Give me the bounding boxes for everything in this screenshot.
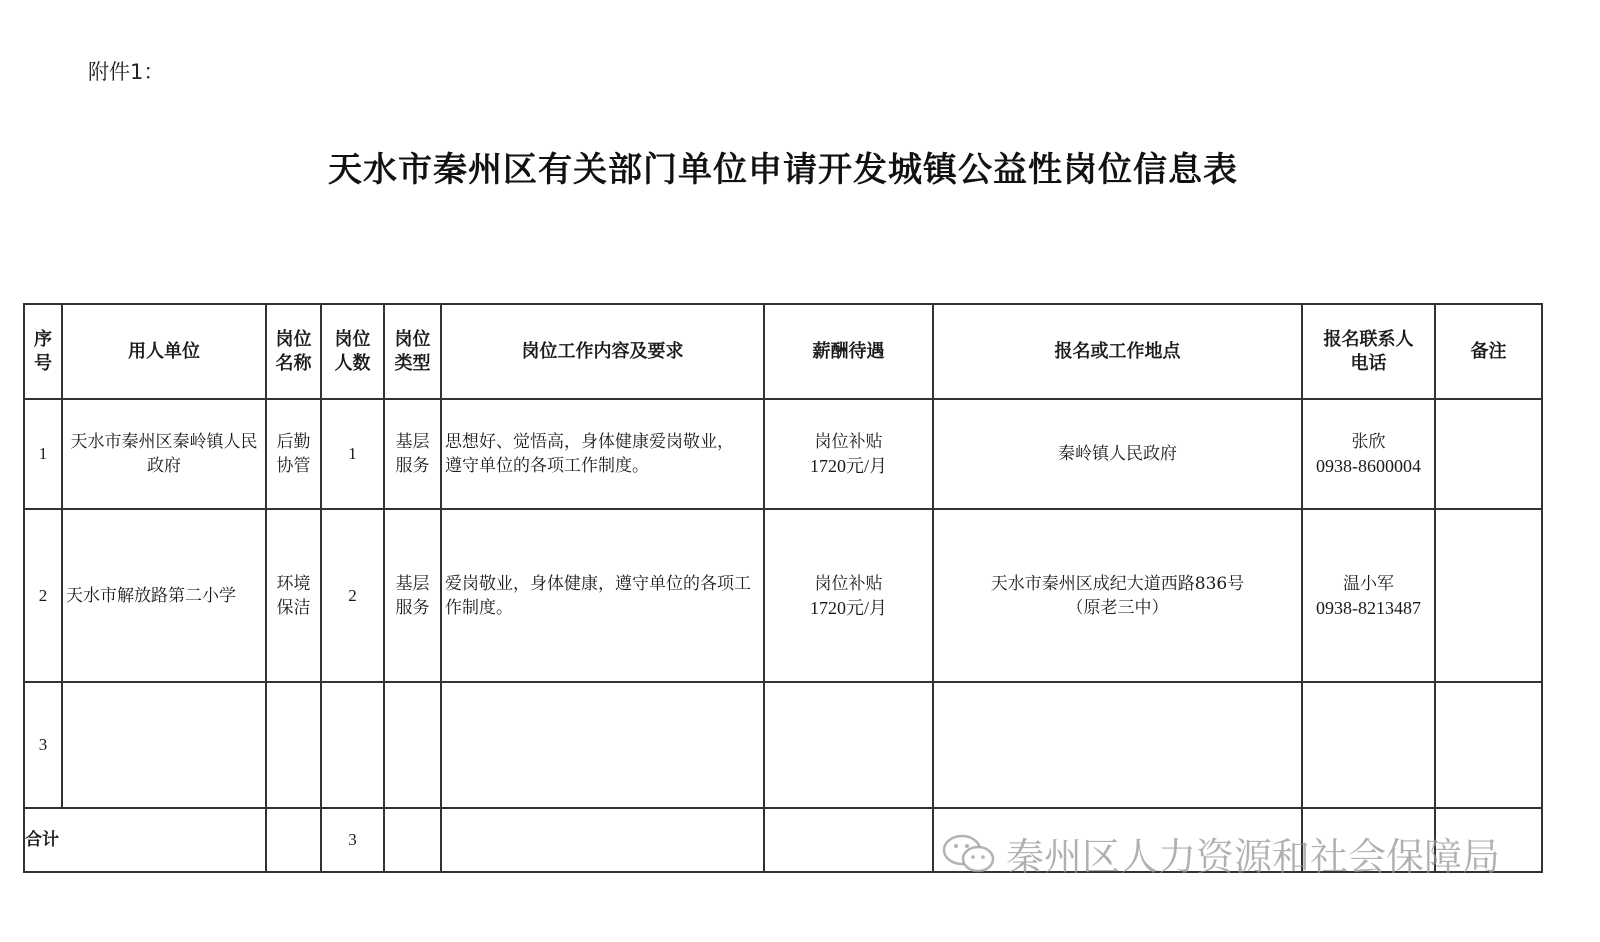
cell-contact: [1302, 682, 1435, 808]
position-info-table: 序号 用人单位 岗位名称 岗位人数 岗位类型 岗位工作内容及要求 薪酬待遇 报名…: [23, 303, 1543, 873]
header-seq: 序号: [24, 304, 62, 399]
table-row: 3: [24, 682, 1542, 808]
cell-location: [933, 682, 1302, 808]
contact-name: 温小军: [1303, 572, 1434, 596]
header-position-name: 岗位名称: [266, 304, 321, 399]
header-salary: 薪酬待遇: [764, 304, 933, 399]
total-position-count: 3: [321, 808, 384, 872]
contact-name: 张欣: [1303, 430, 1434, 454]
cell-position-name: [266, 682, 321, 808]
header-remarks: 备注: [1435, 304, 1542, 399]
attachment-label: 附件1：: [88, 56, 164, 86]
cell-salary: 岗位补贴 1720元/月: [764, 399, 933, 509]
location-line2: （原老三中）: [934, 596, 1301, 620]
cell-employer: 天水市秦州区秦岭镇人民政府: [62, 399, 266, 509]
salary-type: 岗位补贴: [765, 430, 932, 454]
cell-content: [441, 682, 764, 808]
cell-location: 秦岭镇人民政府: [933, 399, 1302, 509]
total-content: [441, 808, 764, 872]
cell-salary: 岗位补贴 1720元/月: [764, 509, 933, 682]
salary-amount: 1720元/月: [765, 454, 932, 478]
salary-type: 岗位补贴: [765, 572, 932, 596]
header-position-count: 岗位人数: [321, 304, 384, 399]
cell-seq: 1: [24, 399, 62, 509]
cell-position-type: 基层服务: [384, 399, 441, 509]
cell-position-type: 基层服务: [384, 509, 441, 682]
cell-salary: [764, 682, 933, 808]
table-header-row: 序号 用人单位 岗位名称 岗位人数 岗位类型 岗位工作内容及要求 薪酬待遇 报名…: [24, 304, 1542, 399]
cell-position-count: [321, 682, 384, 808]
header-contact: 报名联系人电话: [1302, 304, 1435, 399]
total-row: 合计 3: [24, 808, 1542, 872]
cell-remarks: [1435, 399, 1542, 509]
header-employer: 用人单位: [62, 304, 266, 399]
cell-position-name: 环境保洁: [266, 509, 321, 682]
cell-seq: 3: [24, 682, 62, 808]
salary-amount: 1720元/月: [765, 596, 932, 620]
cell-position-type: [384, 682, 441, 808]
total-remarks: [1435, 808, 1542, 872]
cell-position-name: 后勤协管: [266, 399, 321, 509]
location-line1: 秦岭镇人民政府: [934, 442, 1301, 466]
document-title: 天水市秦州区有关部门单位申请开发城镇公益性岗位信息表: [0, 142, 1566, 191]
total-salary: [764, 808, 933, 872]
cell-position-count: 1: [321, 399, 384, 509]
cell-position-count: 2: [321, 509, 384, 682]
cell-employer: 天水市解放路第二小学: [62, 509, 266, 682]
table-row: 1 天水市秦州区秦岭镇人民政府 后勤协管 1 基层服务 思想好、觉悟高，身体健康…: [24, 399, 1542, 509]
total-label: 合计: [24, 808, 266, 872]
cell-seq: 2: [24, 509, 62, 682]
header-location: 报名或工作地点: [933, 304, 1302, 399]
location-line1: 天水市秦州区成纪大道西路836号: [934, 572, 1301, 596]
contact-phone: 0938-8213487: [1303, 596, 1434, 620]
contact-phone: 0938-8600004: [1303, 454, 1434, 478]
cell-content: 思想好、觉悟高，身体健康爱岗敬业，遵守单位的各项工作制度。: [441, 399, 764, 509]
cell-employer: [62, 682, 266, 808]
total-contact: [1302, 808, 1435, 872]
table-row: 2 天水市解放路第二小学 环境保洁 2 基层服务 爱岗敬业，身体健康，遵守单位的…: [24, 509, 1542, 682]
cell-location: 天水市秦州区成纪大道西路836号 （原老三中）: [933, 509, 1302, 682]
header-content: 岗位工作内容及要求: [441, 304, 764, 399]
cell-remarks: [1435, 509, 1542, 682]
total-position-type: [384, 808, 441, 872]
header-position-type: 岗位类型: [384, 304, 441, 399]
cell-content: 爱岗敬业，身体健康，遵守单位的各项工作制度。: [441, 509, 764, 682]
cell-remarks: [1435, 682, 1542, 808]
cell-contact: 张欣 0938-8600004: [1302, 399, 1435, 509]
cell-contact: 温小军 0938-8213487: [1302, 509, 1435, 682]
total-position-name: [266, 808, 321, 872]
total-location: [933, 808, 1302, 872]
